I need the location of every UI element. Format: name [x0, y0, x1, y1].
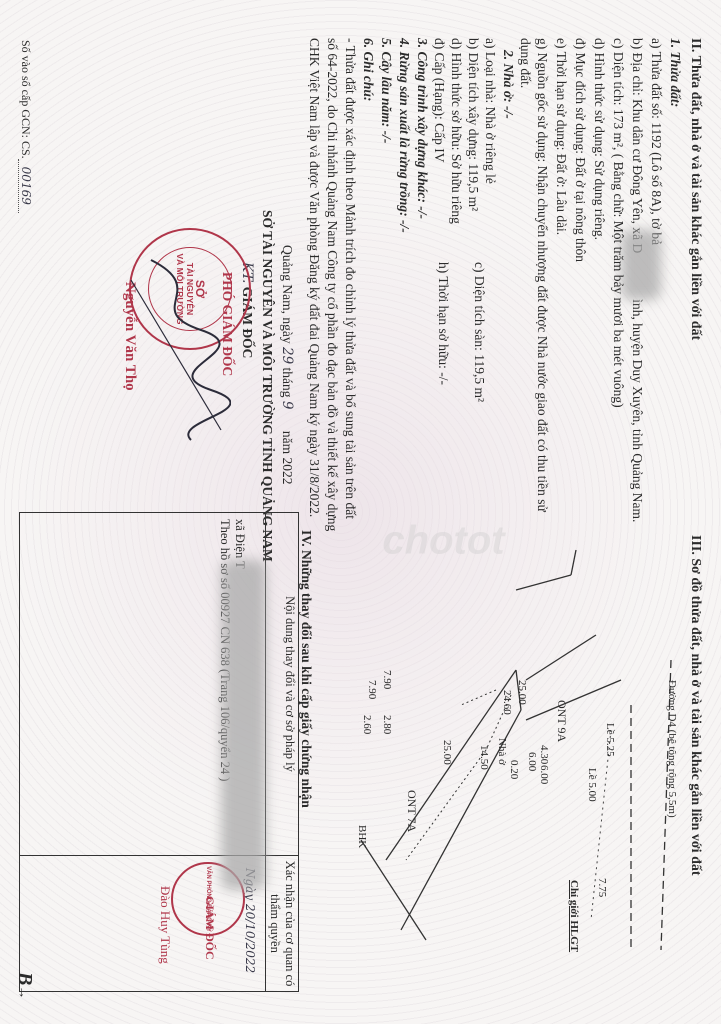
label-le-2: Lề 5.00 [582, 768, 601, 802]
note-line-2: số 64-2022, do Chi nhánh Quảng Nam Công … [323, 38, 342, 531]
label-boundary: Chỉ giới HLGT [564, 880, 583, 952]
label-ont7a: ONT 7A [402, 790, 421, 832]
register-number-line: Số vào sổ cấp GCN: CS.00169 [16, 40, 35, 213]
land-parcel-number: a) Thửa đất số: 1192 (Lô số 8A), tờ bả [647, 38, 666, 245]
date-prefix: Quảng Nam, ngày [280, 245, 295, 344]
house-build-area: b) Diện tích xây dựng: 119,5 m² [464, 38, 483, 211]
register-number: 00169 [18, 159, 33, 213]
house-term: h) Thời hạn sở hữu: -/- [434, 262, 453, 385]
land-usage-form: d) Hình thức sử dụng: Sử dụng riêng. [590, 38, 609, 240]
dim-house-len: 14.50 [474, 745, 493, 770]
house-ownership: d) Hình thức sở hữu: Sở hữu riêng [447, 38, 466, 224]
signature-scribble [121, 250, 231, 450]
page-mark: B→ [13, 960, 36, 999]
section-4-title: IV. Những thay đổi sau khi cấp giấy chứn… [297, 530, 316, 808]
note-line-1: - Thửa đất được xác định theo Mảnh trích… [341, 38, 360, 519]
signature-date: Quảng Nam, ngày 29 tháng 9 năm 2022 [277, 245, 297, 485]
land-usage-term: e) Thời hạn sử dụng: Đất ở: Lâu dài. [552, 38, 571, 235]
page-mark-letter: B [14, 972, 36, 985]
redaction-blur-2 [221, 560, 266, 890]
dim-0-20: 0.20 [504, 760, 523, 779]
land-heading: 1. Thửa đất: [666, 38, 685, 107]
perennial: 5. Cây lâu năm: -/- [377, 38, 396, 143]
label-road: Đường D4 (bê tông rộng 5,5m) [662, 680, 681, 818]
land-area: c) Diện tích: 173 m², ( Bằng chữ: Một tr… [609, 38, 628, 408]
section-2-title: II. Thửa đất, nhà ở và tài sản khác gắn … [686, 38, 705, 340]
house-grade: đ) Cấp (Hạng): Cấp IV [430, 38, 449, 162]
date-year: năm 2022 [280, 431, 295, 485]
notes-heading: 6. Ghi chú: [359, 38, 378, 101]
house-type: a) Loại nhà: Nhà ở riêng lẻ [481, 38, 500, 184]
dim-2-80: 2.80 [377, 715, 396, 734]
land-usage-purpose: đ) Mục đích sử dụng: Đất ở tại nông thôn [571, 38, 590, 262]
house-floor-area: c) Diện tích sàn: 119,5 m² [470, 262, 489, 402]
label-le-1: Lề 5.25 [600, 723, 619, 757]
other-construction: 3. Công trình xây dựng khác: -/- [413, 38, 432, 219]
land-origin: g) Nguồn gốc sử dụng: Nhận chuyển nhượng… [533, 38, 552, 512]
label-bhk: BHK [352, 825, 371, 848]
forest: 4. Rừng sản xuất là rừng trồng: -/- [395, 38, 414, 233]
address-prefix: b) Địa chỉ: Khu dân cư Đông Yên, xã D [630, 38, 645, 253]
certificate-back-page: Số vào sổ cấp GCN: CS.00169 II. Thửa đất… [0, 0, 721, 1024]
dim-4-30: 4.30 [534, 745, 553, 764]
note-line-3: CHK Việt Nam lập và được Văn phòng Đăng … [305, 38, 324, 517]
house-heading: 2. Nhà ở: -/- [499, 50, 518, 119]
department-name: SỞ TÀI NGUYÊN VÀ MÔI TRƯỜNG TỈNH QUẢNG N… [258, 210, 277, 562]
date-month: 9 [279, 401, 295, 410]
month-label: tháng [280, 368, 295, 398]
office-stamp-text: VĂN PHÒNG ĐĂNG KÝ [205, 866, 211, 932]
confirm-col-header: Xác nhận của cơ quan có thẩm quyền [266, 856, 299, 992]
label-ont9a: ONT 9A [552, 700, 571, 742]
dim-front: 6.00 [534, 765, 553, 784]
land-origin-cont: dụng đất. [516, 38, 535, 88]
dim-7-75: 7.75 [592, 878, 611, 897]
address-suffix: ình, huyện Duy Xuyên, tỉnh Quảng Nam. [630, 299, 645, 522]
dim-top-2: 24.60 [497, 690, 516, 715]
register-label: Số vào sổ cấp GCN: CS. [19, 40, 33, 159]
dim-back-2: 7.90 [362, 680, 381, 699]
dim-bottom: 25.00 [437, 740, 456, 765]
dim-2-60: 2.60 [357, 715, 376, 734]
date-day: 29 [279, 347, 295, 364]
changes-col-header: Nội dung thay đổi và cơ sở pháp lý [266, 513, 299, 856]
